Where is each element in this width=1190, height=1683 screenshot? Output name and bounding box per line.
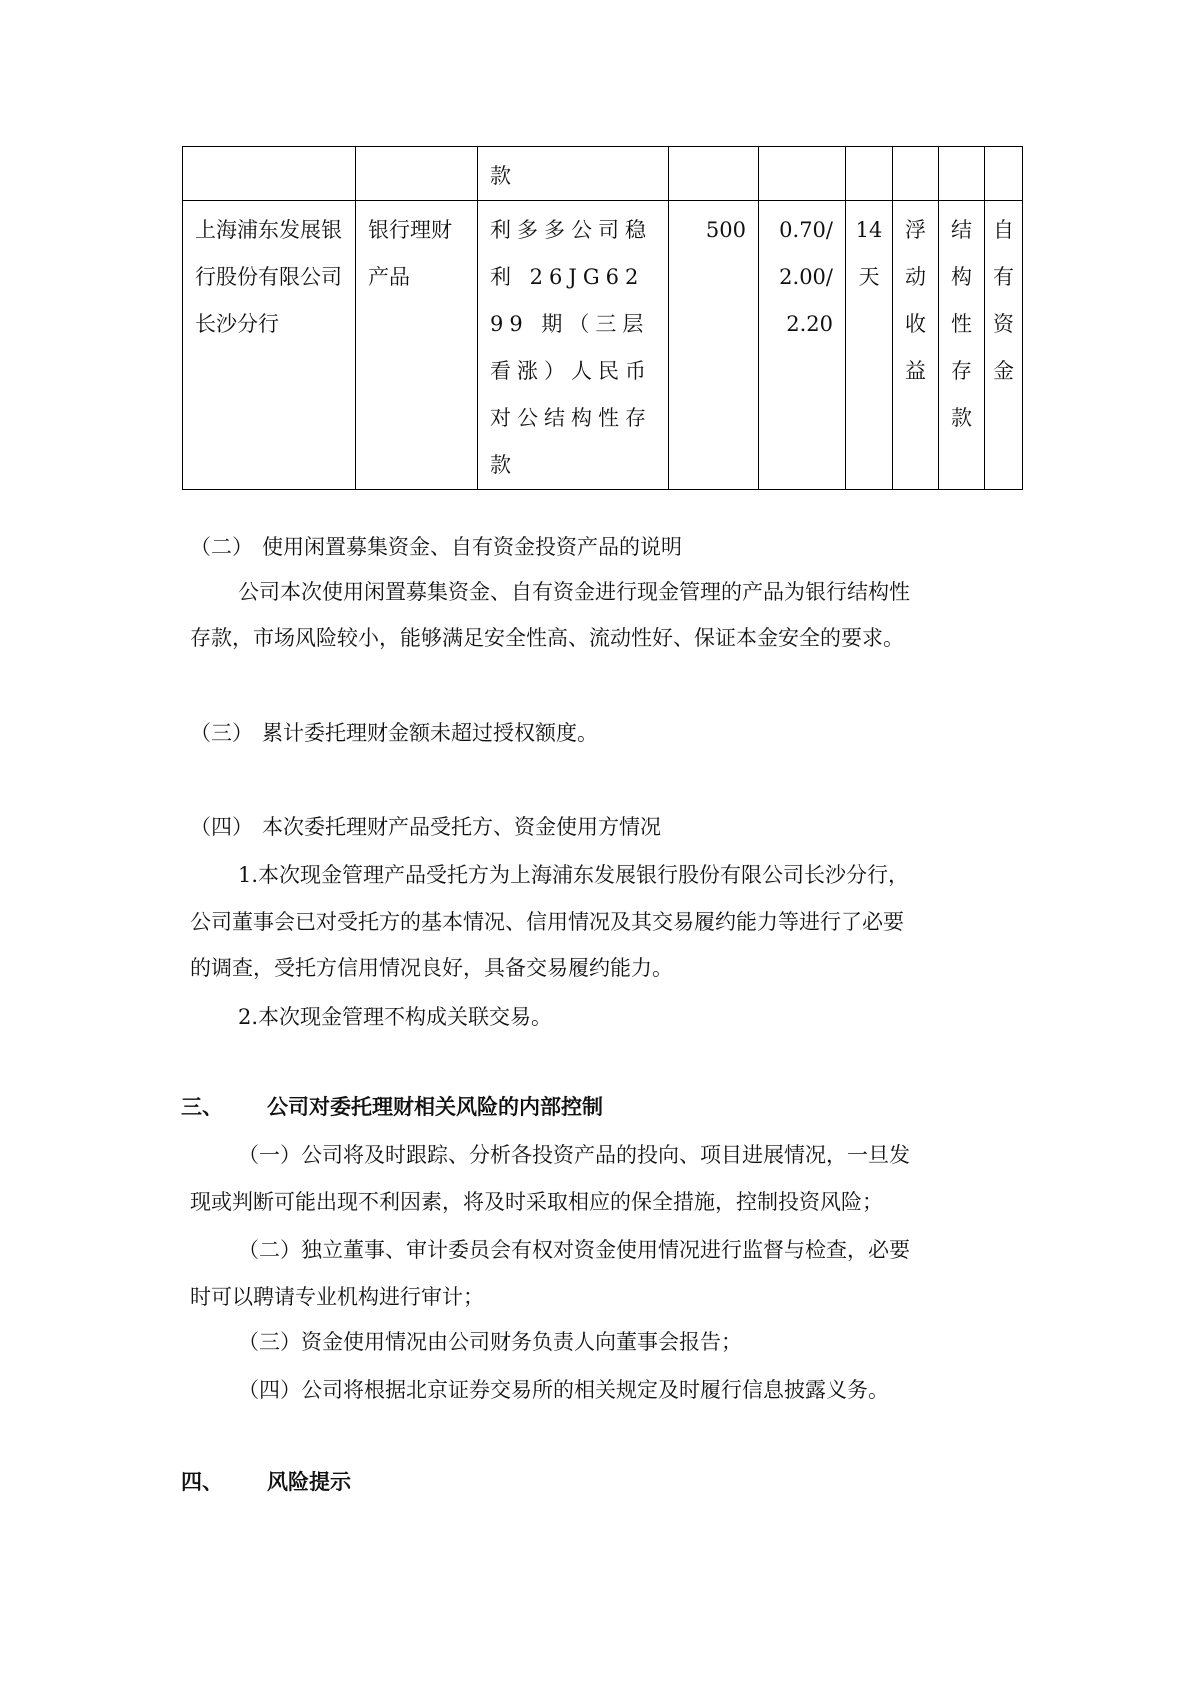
cell-rate xyxy=(759,147,846,201)
cell-product-name: 款 xyxy=(478,147,669,201)
cell-product-type: 银行理财产品 xyxy=(356,201,478,490)
paragraph-line: 时可以聘请专业机构进行审计； xyxy=(190,1282,484,1312)
cell-amount: 500 xyxy=(669,201,759,490)
section-label: 三、 xyxy=(181,1092,267,1122)
subsection-heading: （四）本次委托理财产品受托方、资金使用方情况 xyxy=(190,812,661,842)
cell-rate: 0.70/ 2.00/ 2.20 xyxy=(759,201,846,490)
cell-return-type xyxy=(893,147,939,201)
paragraph-line: 1.本次现金管理产品受托方为上海浦东发展银行股份有限公司长沙分行， xyxy=(238,860,909,890)
section-heading: 四、风险提示 xyxy=(181,1467,351,1497)
paragraph-line: 的调查，受托方信用情况良好，具备交易履约能力。 xyxy=(190,953,673,983)
cell-term xyxy=(846,147,893,201)
subsection-heading: （三）累计委托理财金额未超过授权额度。 xyxy=(190,718,598,748)
paragraph-line: （三）资金使用情况由公司财务负责人向董事会报告； xyxy=(238,1327,742,1357)
cell-structure xyxy=(939,147,985,201)
paragraph-line: 公司本次使用闲置募集资金、自有资金进行现金管理的产品为银行结构性 xyxy=(238,577,910,607)
paragraph-line: 公司董事会已对受托方的基本情况、信用情况及其交易履约能力等进行了必要 xyxy=(190,907,904,937)
cell-fund-source xyxy=(985,147,1023,201)
subsection-heading: （二）使用闲置募集资金、自有资金投资产品的说明 xyxy=(190,532,682,562)
subsection-label: （二） xyxy=(190,532,262,562)
subsection-title: 本次委托理财产品受托方、资金使用方情况 xyxy=(262,815,661,839)
subsection-title: 累计委托理财金额未超过授权额度。 xyxy=(262,721,598,745)
paragraph-line: 2.本次现金管理不构成关联交易。 xyxy=(238,1002,552,1032)
subsection-title: 使用闲置募集资金、自有资金投资产品的说明 xyxy=(262,535,682,559)
table-row: 款 xyxy=(183,147,1023,201)
cell-trustee: 上海浦东发展银行股份有限公司长沙分行 xyxy=(183,201,356,490)
cell-amount xyxy=(669,147,759,201)
cell-structure: 结构性存款 xyxy=(939,201,985,490)
section-title: 风险提示 xyxy=(267,1470,351,1494)
section-title: 公司对委托理财相关风险的内部控制 xyxy=(267,1095,603,1119)
section-heading: 三、公司对委托理财相关风险的内部控制 xyxy=(181,1092,603,1122)
cell-return-type: 浮动收益 xyxy=(893,201,939,490)
paragraph-line: 现或判断可能出现不利因素，将及时采取相应的保全措施，控制投资风险； xyxy=(190,1187,883,1217)
table-row: 上海浦东发展银行股份有限公司长沙分行 银行理财产品 利多多公司稳利 26JG62… xyxy=(183,201,1023,490)
paragraph-line: （四）公司将根据北京证券交易所的相关规定及时履行信息披露义务。 xyxy=(238,1375,889,1405)
paragraph-line: 存款，市场风险较小，能够满足安全性高、流动性好、保证本金安全的要求。 xyxy=(190,623,904,653)
paragraph-line: （一）公司将及时跟踪、分析各投资产品的投向、项目进展情况，一旦发 xyxy=(238,1140,910,1170)
cell-product-name: 利多多公司稳利 26JG6299 期（三层看涨）人民币对公结构性存款 xyxy=(478,201,669,490)
subsection-label: （三） xyxy=(190,718,262,748)
subsection-label: （四） xyxy=(190,812,262,842)
cell-product-type xyxy=(356,147,478,201)
document-page: 款 上海浦东发展银行股份有限公司长沙分行 银行理财产品 利多多公司稳利 26JG… xyxy=(0,0,1190,1683)
paragraph-line: （二）独立董事、审计委员会有权对资金使用情况进行监督与检查，必要 xyxy=(238,1235,910,1265)
cell-term: 14 天 xyxy=(846,201,893,490)
cell-trustee xyxy=(183,147,356,201)
cell-fund-source: 自有资金 xyxy=(985,201,1023,490)
section-label: 四、 xyxy=(181,1467,267,1497)
financial-products-table: 款 上海浦东发展银行股份有限公司长沙分行 银行理财产品 利多多公司稳利 26JG… xyxy=(182,146,1023,490)
